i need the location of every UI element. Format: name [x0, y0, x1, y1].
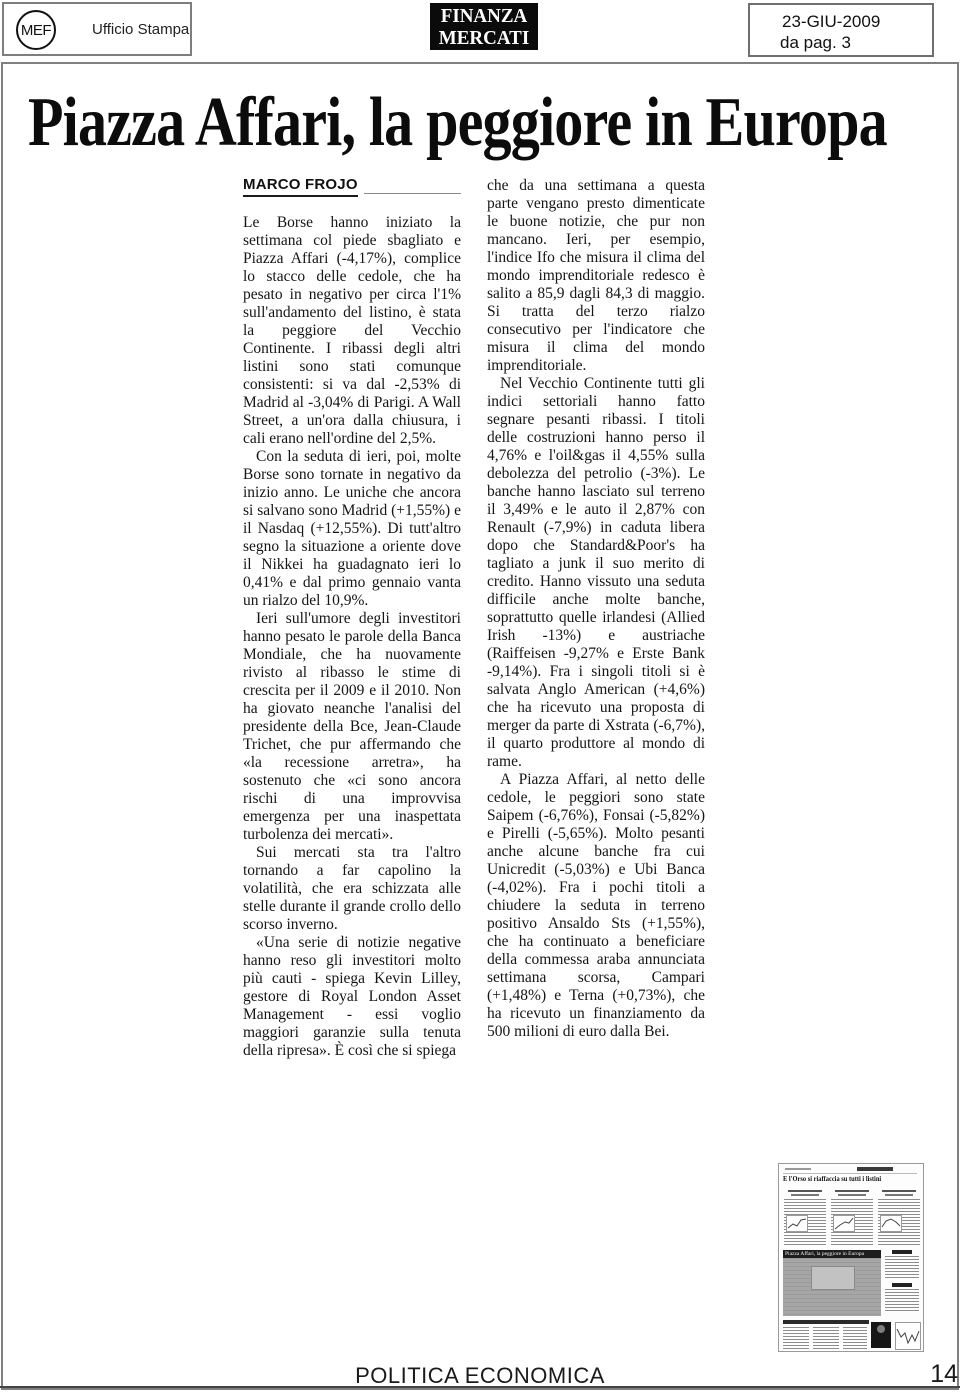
thumb-inner-headline: Piazza Affari, la peggiore in Europa — [783, 1250, 881, 1258]
thumb-text-block — [783, 1327, 809, 1351]
original-page-thumbnail: E l'Orso si riaffaccia su tutti i listin… — [778, 1163, 924, 1352]
thumb-mini-chart — [786, 1215, 808, 1232]
paragraph: Le Borse hanno iniziato la settimana col… — [243, 214, 461, 448]
byline-row: MARCO FROJO — [243, 176, 461, 197]
paragraph: Con la seduta di ieri, poi, molte Borse … — [243, 448, 461, 610]
article-title: Piazza Affari, la peggiore in Europa — [28, 83, 887, 163]
thumb-mini-heading — [892, 1283, 912, 1287]
thumb-photo — [871, 1322, 891, 1348]
page-reference: da pag. 3 — [780, 33, 851, 53]
thumb-mini-chart — [833, 1215, 855, 1232]
thumb-mini-column — [831, 1189, 873, 1247]
paragraph: A Piazza Affari, al netto delle cedole, … — [487, 771, 705, 1041]
thumb-mini-heading — [788, 1190, 822, 1192]
article-column-1: Le Borse hanno iniziato la settimana col… — [243, 214, 461, 1060]
paragraph: «Una serie di notizie negative hanno res… — [243, 934, 461, 1060]
thumb-divider — [783, 1173, 917, 1174]
byline-rule — [364, 193, 461, 194]
thumb-mini-chart — [880, 1215, 902, 1232]
thumb-mini-column — [784, 1189, 826, 1247]
thumb-mini-heading — [791, 1194, 819, 1196]
clipping-date: 23-GIU-2009 — [782, 12, 880, 32]
thumb-text-block — [843, 1327, 867, 1351]
thumb-table-inset — [811, 1266, 855, 1290]
thumb-photo-face — [877, 1325, 885, 1333]
thumb-text-block — [885, 1289, 919, 1313]
paragraph: Ieri sull'umore degli investitori hanno … — [243, 610, 461, 844]
thumb-right-column — [885, 1250, 919, 1316]
thumb-mini-heading — [892, 1250, 912, 1254]
footer-rule — [0, 1386, 960, 1388]
paragraph: Sui mercati sta tra l'altro tornando a f… — [243, 844, 461, 934]
paragraph: Nel Vecchio Continente tutti gli indici … — [487, 375, 705, 771]
thumb-section-badge — [857, 1167, 893, 1171]
mef-logo-icon: MEF — [16, 10, 56, 50]
press-office-box: MEF Ufficio Stampa — [2, 2, 192, 56]
press-clipping-page: MEF Ufficio Stampa FINANZA MERCATI 23-GI… — [0, 0, 960, 1392]
masthead-line1: FINANZA — [433, 5, 536, 27]
paragraph: che da una settimana a questa parte veng… — [487, 177, 705, 375]
masthead-line2: MERCATI — [433, 27, 536, 49]
press-office-label: Ufficio Stampa — [92, 21, 189, 38]
thumb-mini-column — [878, 1189, 920, 1247]
date-box: 23-GIU-2009 da pag. 3 — [748, 3, 934, 57]
footer-page-number: 14 — [930, 1360, 958, 1389]
thumb-text-block — [885, 1256, 919, 1280]
thumb-mini-heading — [838, 1194, 866, 1196]
thumb-mini-heading — [835, 1190, 869, 1192]
thumb-mini-chart — [895, 1322, 921, 1350]
thumb-market-table-block: Piazza Affari, la peggiore in Europa — [783, 1250, 881, 1316]
article-column-2: che da una settimana a questa parte veng… — [487, 177, 705, 1041]
thumb-mini-heading — [885, 1194, 913, 1196]
thumb-bottom-headline — [783, 1320, 869, 1324]
thumb-headline: E l'Orso si riaffaccia su tutti i listin… — [783, 1175, 908, 1183]
thumb-mini-heading — [882, 1190, 916, 1192]
thumb-text-block — [813, 1327, 839, 1351]
mef-logo-text: MEF — [21, 22, 51, 39]
newspaper-masthead: FINANZA MERCATI — [430, 3, 538, 50]
byline-author: MARCO FROJO — [243, 176, 358, 197]
thumb-top-rule — [785, 1168, 811, 1170]
